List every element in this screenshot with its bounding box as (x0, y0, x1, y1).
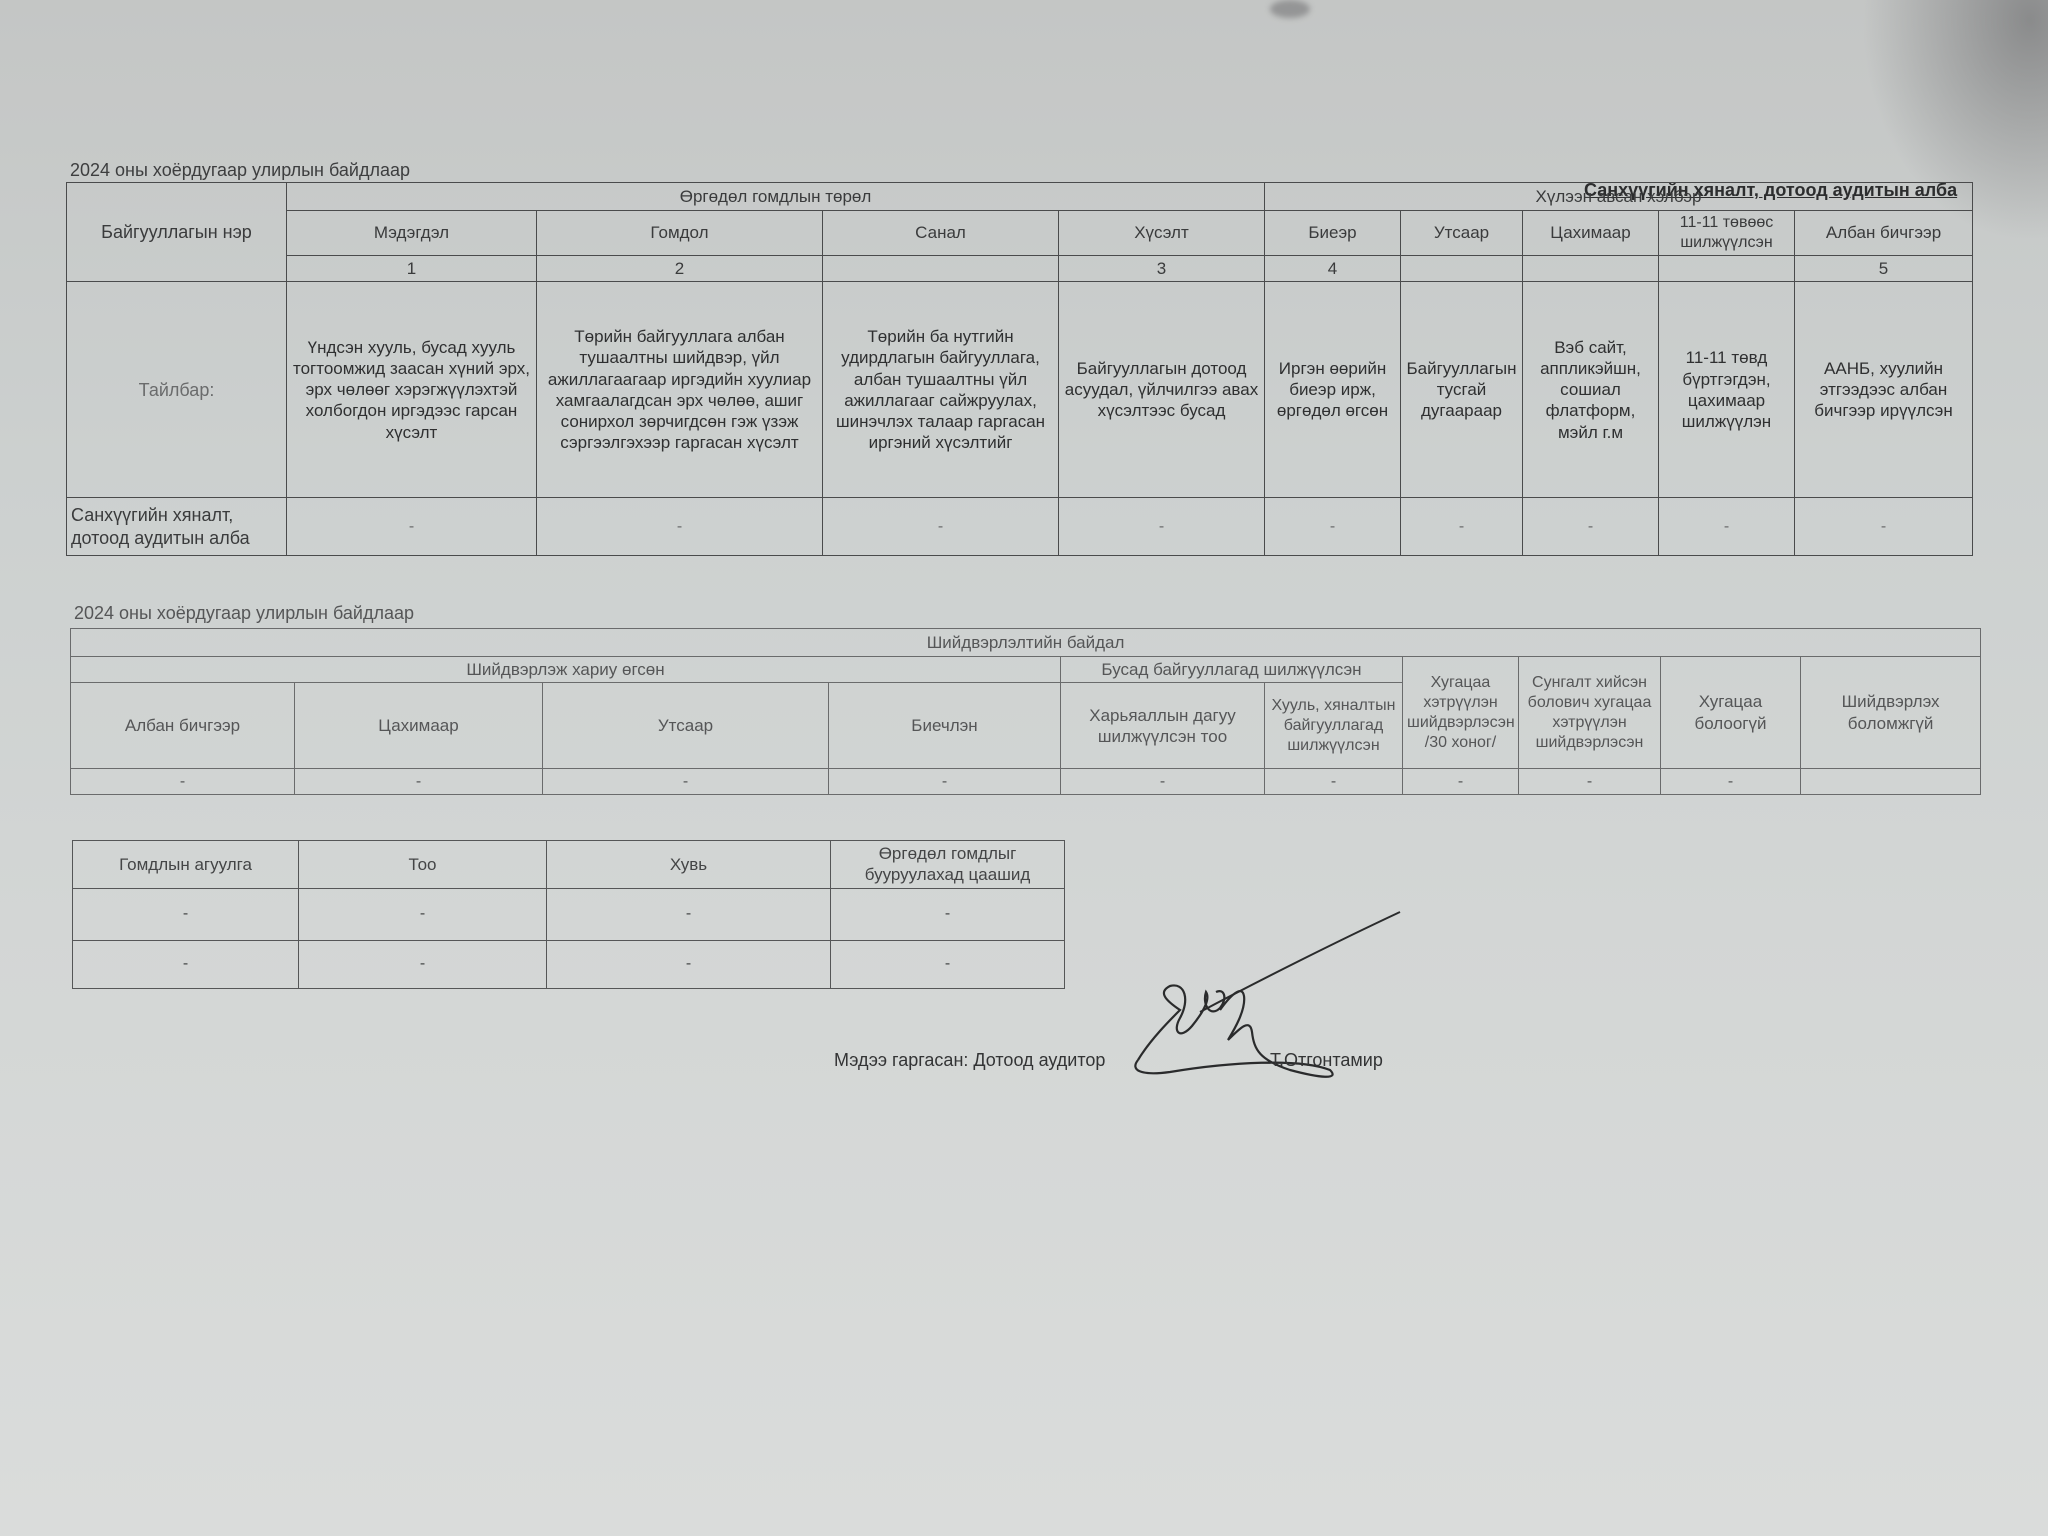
table-row: - - - - (73, 888, 1065, 940)
col-number: 3 (1059, 256, 1265, 282)
col-number (1401, 256, 1523, 282)
col-header-request: Хүсэлт (1059, 211, 1265, 256)
signer-name: Т.Отгонтамир (1270, 1050, 1383, 1071)
value-cell: - (823, 498, 1059, 556)
col-number (1523, 256, 1659, 282)
col-header-in-person: Биеэр (1265, 211, 1401, 256)
col-header-complaint-content: Гомдлын агуулга (73, 841, 299, 889)
value-cell: - (1519, 769, 1661, 795)
value-cell: - (1265, 769, 1403, 795)
value-cell: - (295, 769, 543, 795)
org-name-cell: Санхүүгийн хяналт, дотоод аудитын алба (67, 498, 287, 556)
col-number (1659, 256, 1795, 282)
value-cell: - (1265, 498, 1401, 556)
table-row: - - - - (73, 940, 1065, 988)
value-cell: - (1795, 498, 1973, 556)
description-proposal: Төрийн ба нутгийн удирдлагын байгууллага… (823, 282, 1059, 498)
value-cell: - (831, 888, 1065, 940)
col-number: 2 (537, 256, 823, 282)
resolution-status-table: Шийдвэрлэлтийн байдал Шийдвэрлэж хариу ө… (70, 628, 1981, 795)
prepared-by-label: Мэдээ гаргасан: Дотоод аудитор (834, 1050, 1105, 1071)
col-number (823, 256, 1059, 282)
description-request: Байгууллагын дотоод асуудал, үйлчилгээ а… (1059, 282, 1265, 498)
col-header-transferred-law-enforcement: Хууль, хяналтын байгууллагад шилжүүлсэн (1265, 683, 1403, 769)
col-header-by-letter: Албан бичгээр (71, 683, 295, 769)
answered-group-header: Шийдвэрлэж хариу өгсөн (71, 657, 1061, 683)
value-cell: - (547, 940, 831, 988)
resolution-status-header: Шийдвэрлэлтийн байдал (71, 629, 1981, 657)
col-number: 1 (287, 256, 537, 282)
col-header-count: Тоо (299, 841, 547, 889)
value-cell: - (1661, 769, 1801, 795)
description-1111: 11-11 төвд бүртгэгдэн, цахимаар шилжүүлэ… (1659, 282, 1795, 498)
value-cell: - (543, 769, 829, 795)
col-header-official-letter: Албан бичгээр (1795, 211, 1973, 256)
col-header-by-online: Цахимаар (295, 683, 543, 769)
description-phone: Байгууллагын тусгай дугаараар (1401, 282, 1523, 498)
value-cell (1801, 769, 1981, 795)
col-header-not-due: Хугацаа болоогүй (1661, 657, 1801, 769)
description-row-label: Тайлбар: (67, 282, 287, 498)
received-form-group-header: Хүлээн авсан хэлбэр (1265, 183, 1973, 211)
col-header-phone: Утсаар (1401, 211, 1523, 256)
value-cell: - (1401, 498, 1523, 556)
value-cell: - (1523, 498, 1659, 556)
col-header-notice: Мэдэгдэл (287, 211, 537, 256)
description-online: Вэб сайт, аппликэйшн, сошиал флатформ, м… (1523, 282, 1659, 498)
period-caption: 2024 оны хоёрдугаар улирлын байдлаар (70, 160, 410, 181)
value-cell: - (1059, 498, 1265, 556)
col-number: 5 (1795, 256, 1973, 282)
complaint-content-table: Гомдлын агуулга Тоо Хувь Өргөдөл гомдлыг… (72, 840, 1065, 989)
col-header-overdue-30-days: Хугацаа хэтрүүлэн шийдвэрлэсэн /30 хоног… (1403, 657, 1519, 769)
transferred-group-header: Бусад байгууллагад шилжүүлсэн (1061, 657, 1403, 683)
value-cell: - (299, 940, 547, 988)
value-cell: - (829, 769, 1061, 795)
complaint-type-group-header: Өргөдөл гомдлын төрөл (287, 183, 1265, 211)
resolution-period-caption: 2024 оны хоёрдугаар улирлын байдлаар (74, 603, 414, 624)
value-cell: - (71, 769, 295, 795)
col-header-online: Цахимаар (1523, 211, 1659, 256)
description-notice: Үндсэн хууль, бусад хууль тогтоомжид заа… (287, 282, 537, 498)
col-header-proposal: Санал (823, 211, 1059, 256)
col-header-by-phone: Утсаар (543, 683, 829, 769)
col-number: 4 (1265, 256, 1401, 282)
description-complaint: Төрийн байгууллага албан тушаалтны шийдв… (537, 282, 823, 498)
value-cell: - (1403, 769, 1519, 795)
col-header-1111: 11-11 төвөөс шилжүүлсэн (1659, 211, 1795, 256)
value-cell: - (299, 888, 547, 940)
col-header-in-person: Биечлэн (829, 683, 1061, 769)
description-in-person: Иргэн өөрийн биеэр ирж, өргөдөл өгсөн (1265, 282, 1401, 498)
col-header-extended-overdue: Сунгалт хийсэн болович хугацаа хэтрүүлэн… (1519, 657, 1661, 769)
col-header-reduction-measures: Өргөдөл гомдлыг бууруулахад цаашид (831, 841, 1065, 889)
description-official-letter: ААНБ, хуулийн этгээдээс албан бичгээр ир… (1795, 282, 1973, 498)
value-cell: - (73, 940, 299, 988)
complaints-type-table: Байгууллагын нэр Өргөдөл гомдлын төрөл Х… (66, 182, 1973, 556)
value-cell: - (287, 498, 537, 556)
value-cell: - (1659, 498, 1795, 556)
photo-shadow-spot (1270, 0, 1310, 18)
value-cell: - (831, 940, 1065, 988)
col-header-transferred-jurisdiction: Харьяаллын дагуу шилжүүлсэн тоо (1061, 683, 1265, 769)
value-cell: - (73, 888, 299, 940)
col-header-complaint: Гомдол (537, 211, 823, 256)
value-cell: - (537, 498, 823, 556)
value-cell: - (1061, 769, 1265, 795)
col-header-percent: Хувь (547, 841, 831, 889)
org-name-header: Байгууллагын нэр (67, 183, 287, 282)
value-cell: - (547, 888, 831, 940)
col-header-unresolvable: Шийдвэрлэх боломжгүй (1801, 657, 1981, 769)
